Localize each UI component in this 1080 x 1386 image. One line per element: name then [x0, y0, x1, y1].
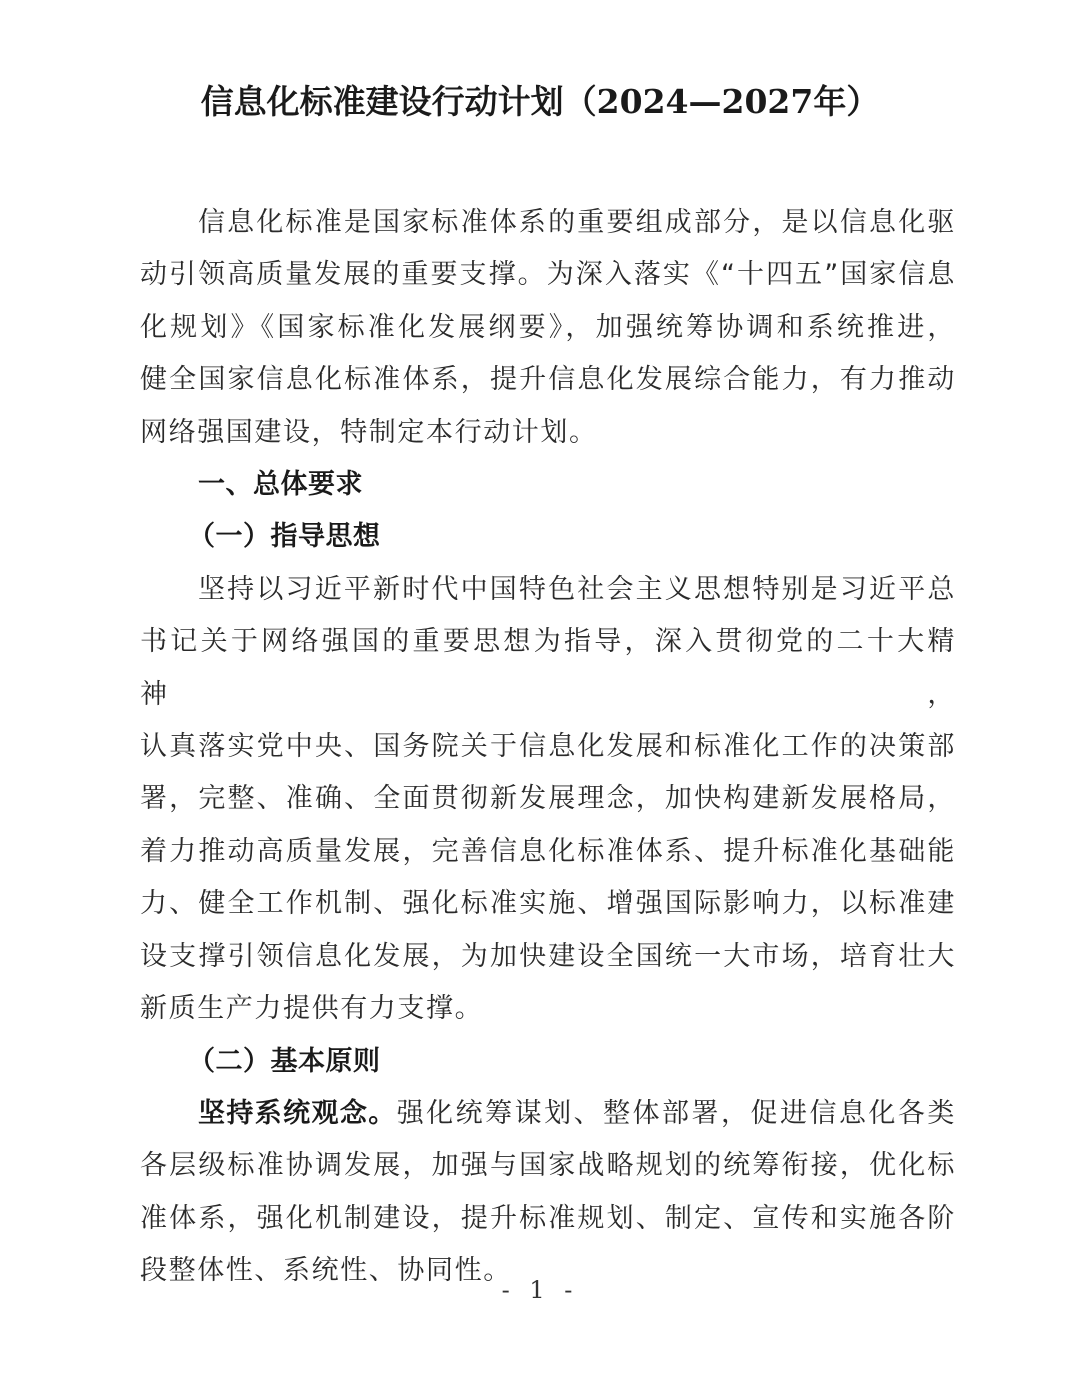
text-line: 设支撑引领信息化发展，为加快建设全国统一大市场，培育壮大: [140, 931, 956, 983]
text-line: 新质生产力提供有力支撑。: [140, 983, 956, 1035]
document-page: 信息化标准建设行动计划（2024—2027年） 信息化标准是国家标准体系的重要组…: [0, 0, 1080, 1386]
text-line: 健全国家信息化标准体系，提升信息化发展综合能力，有力推动: [140, 354, 956, 406]
text-line: 坚持以习近平新时代中国特色社会主义思想特别是习近平总: [140, 564, 956, 616]
text-line: 信息化标准是国家标准体系的重要组成部分，是以信息化驱: [140, 197, 956, 249]
subsection-heading-basic-principles: （二）基本原则: [140, 1036, 956, 1088]
text-line: 各层级标准协调发展，加强与国家战略规划的统筹衔接，优化标: [140, 1140, 956, 1192]
principle-lead: 坚持系统观念。: [198, 1098, 397, 1129]
document-body: 信息化标准是国家标准体系的重要组成部分，是以信息化驱 动引领高质量发展的重要支撑…: [140, 197, 956, 1298]
text-line: 坚持系统观念。强化统筹谋划、整体部署，促进信息化各类: [140, 1088, 956, 1140]
intro-paragraph: 信息化标准是国家标准体系的重要组成部分，是以信息化驱 动引领高质量发展的重要支撑…: [140, 197, 956, 459]
text-line: 动引领高质量发展的重要支撑。为深入落实《“十四五”国家信息: [140, 249, 956, 301]
text-line: 网络强国建设，特制定本行动计划。: [140, 407, 956, 459]
text-line: 书记关于网络强国的重要思想为指导，深入贯彻党的二十大精神，: [140, 616, 956, 721]
principle-paragraph-systemic-view: 坚持系统观念。强化统筹谋划、整体部署，促进信息化各类 各层级标准协调发展，加强与…: [140, 1088, 956, 1298]
text-line: 化规划》《国家标准化发展纲要》，加强统筹协调和系统推进，: [140, 302, 956, 354]
page-number: - 1 -: [0, 1276, 1080, 1304]
principle-text: 强化统筹谋划、整体部署，促进信息化各类: [397, 1098, 956, 1129]
text-line: 署，完整、准确、全面贯彻新发展理念，加快构建新发展格局，: [140, 773, 956, 825]
guiding-ideology-paragraph: 坚持以习近平新时代中国特色社会主义思想特别是习近平总 书记关于网络强国的重要思想…: [140, 564, 956, 1036]
text-line: 准体系，强化机制建设，提升标准规划、制定、宣传和实施各阶: [140, 1193, 956, 1245]
section-heading-general-requirements: 一、总体要求: [140, 459, 956, 511]
text-line: 力、健全工作机制、强化标准实施、增强国际影响力，以标准建: [140, 878, 956, 930]
text-line: 认真落实党中央、国务院关于信息化发展和标准化工作的决策部: [140, 721, 956, 773]
text-line: 着力推动高质量发展，完善信息化标准体系、提升标准化基础能: [140, 826, 956, 878]
subsection-heading-guiding-ideology: （一）指导思想: [140, 511, 956, 563]
document-title: 信息化标准建设行动计划（2024—2027年）: [0, 78, 1080, 126]
